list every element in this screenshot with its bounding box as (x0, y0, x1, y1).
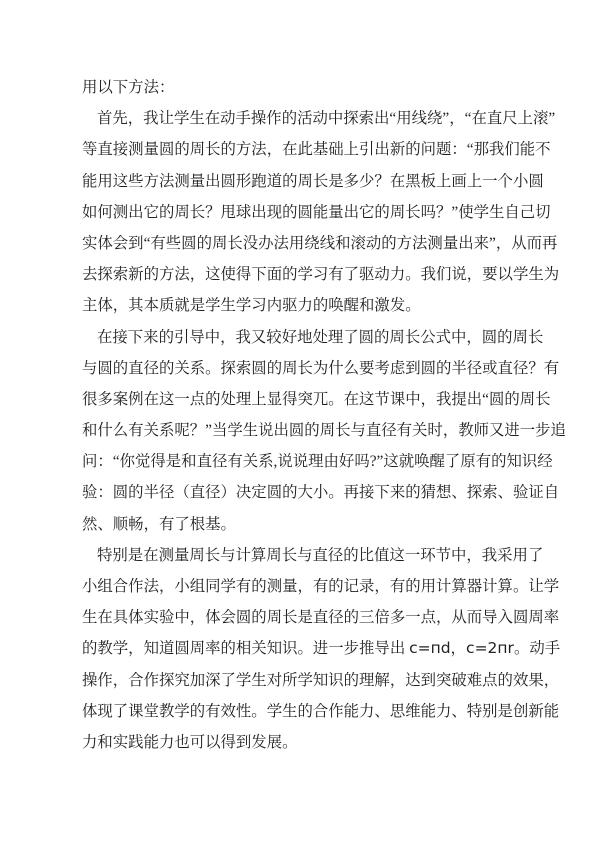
text-line: 主体，其本质就是学生学习内驱力的唤醒和激发。 (82, 290, 562, 321)
text-line: 小组合作法，小组同学有的测量，有的记录，有的用计算器计算。让学 (82, 571, 562, 602)
text-line: 验：圆的半径（直径）决定圆的大小。再接下来的猜想、探索、验证自 (82, 477, 562, 508)
text-line: 力和实践能力也可以得到发展。 (82, 727, 562, 758)
text-line: 特别是在测量周长与计算周长与直径的比值这一环节中，我采用了 (82, 540, 562, 571)
paragraph-intro: 用以下方法： (82, 72, 562, 103)
text-line: 在接下来的引导中，我又较好地处理了圆的周长公式中，圆的周长 (82, 322, 562, 353)
text-line: 如何测出它的周长？甩球出现的圆能量出它的周长吗？”使学生自己切 (82, 197, 562, 228)
formula-text: c=пd，c=2пr (409, 639, 514, 657)
text-line: 操作，合作探究加深了学生对所学知识的理解，达到突破难点的效果， (82, 665, 562, 696)
text-line-with-formula: 的教学，知道圆周率的相关知识。进一步推导出 c=пd，c=2пr。动手 (82, 633, 562, 664)
text-line: 然、顺畅，有了根基。 (82, 509, 562, 540)
text-line: 去探索新的方法，这使得下面的学习有了驱动力。我们说，要以学生为 (82, 259, 562, 290)
text-line: 实体会到“有些圆的周长没办法用绕线和滚动的方法测量出来”，从而再 (82, 228, 562, 259)
text-line: 问：“你觉得是和直径有关系,说说理由好吗?”这就唤醒了原有的知识经 (82, 446, 562, 477)
text-segment: 。动手 (514, 640, 560, 657)
paragraph-3: 特别是在测量周长与计算周长与直径的比值这一环节中，我采用了 小组合作法，小组同学… (82, 540, 562, 758)
text-line: 能用这些方法测量出圆形跑道的周长是多少？在黑板上画上一个小圆 (82, 166, 562, 197)
text-line: 首先，我让学生在动手操作的活动中探索出“用线绕”，“在直尺上滚” (82, 103, 562, 134)
document-page: 用以下方法： 首先，我让学生在动手操作的活动中探索出“用线绕”，“在直尺上滚” … (0, 0, 595, 842)
text-line: 和什么有关系呢？”当学生说出圆的周长与直径有关时，教师又进一步追 (82, 415, 562, 446)
text-line: 用以下方法： (82, 72, 562, 103)
text-line: 体现了课堂教学的有效性。学生的合作能力、思维能力、特别是创新能 (82, 696, 562, 727)
paragraph-1: 首先，我让学生在动手操作的活动中探索出“用线绕”，“在直尺上滚” 等直接测量圆的… (82, 103, 562, 321)
text-line: 生在具体实验中，体会圆的周长是直径的三倍多一点，从而导入圆周率 (82, 602, 562, 633)
text-line: 很多案例在这一点的处理上显得突兀。在这节课中，我提出“圆的周长 (82, 384, 562, 415)
paragraph-2: 在接下来的引导中，我又较好地处理了圆的周长公式中，圆的周长 与圆的直径的关系。探… (82, 322, 562, 540)
document-content: 用以下方法： 首先，我让学生在动手操作的活动中探索出“用线绕”，“在直尺上滚” … (82, 72, 562, 758)
text-line: 等直接测量圆的周长的方法，在此基础上引出新的问题：“那我们能不 (82, 134, 562, 165)
text-line: 与圆的直径的关系。探索圆的周长为什么要考虑到圆的半径或直径？有 (82, 353, 562, 384)
text-segment: 的教学，知道圆周率的相关知识。进一步推导出 (82, 640, 409, 657)
